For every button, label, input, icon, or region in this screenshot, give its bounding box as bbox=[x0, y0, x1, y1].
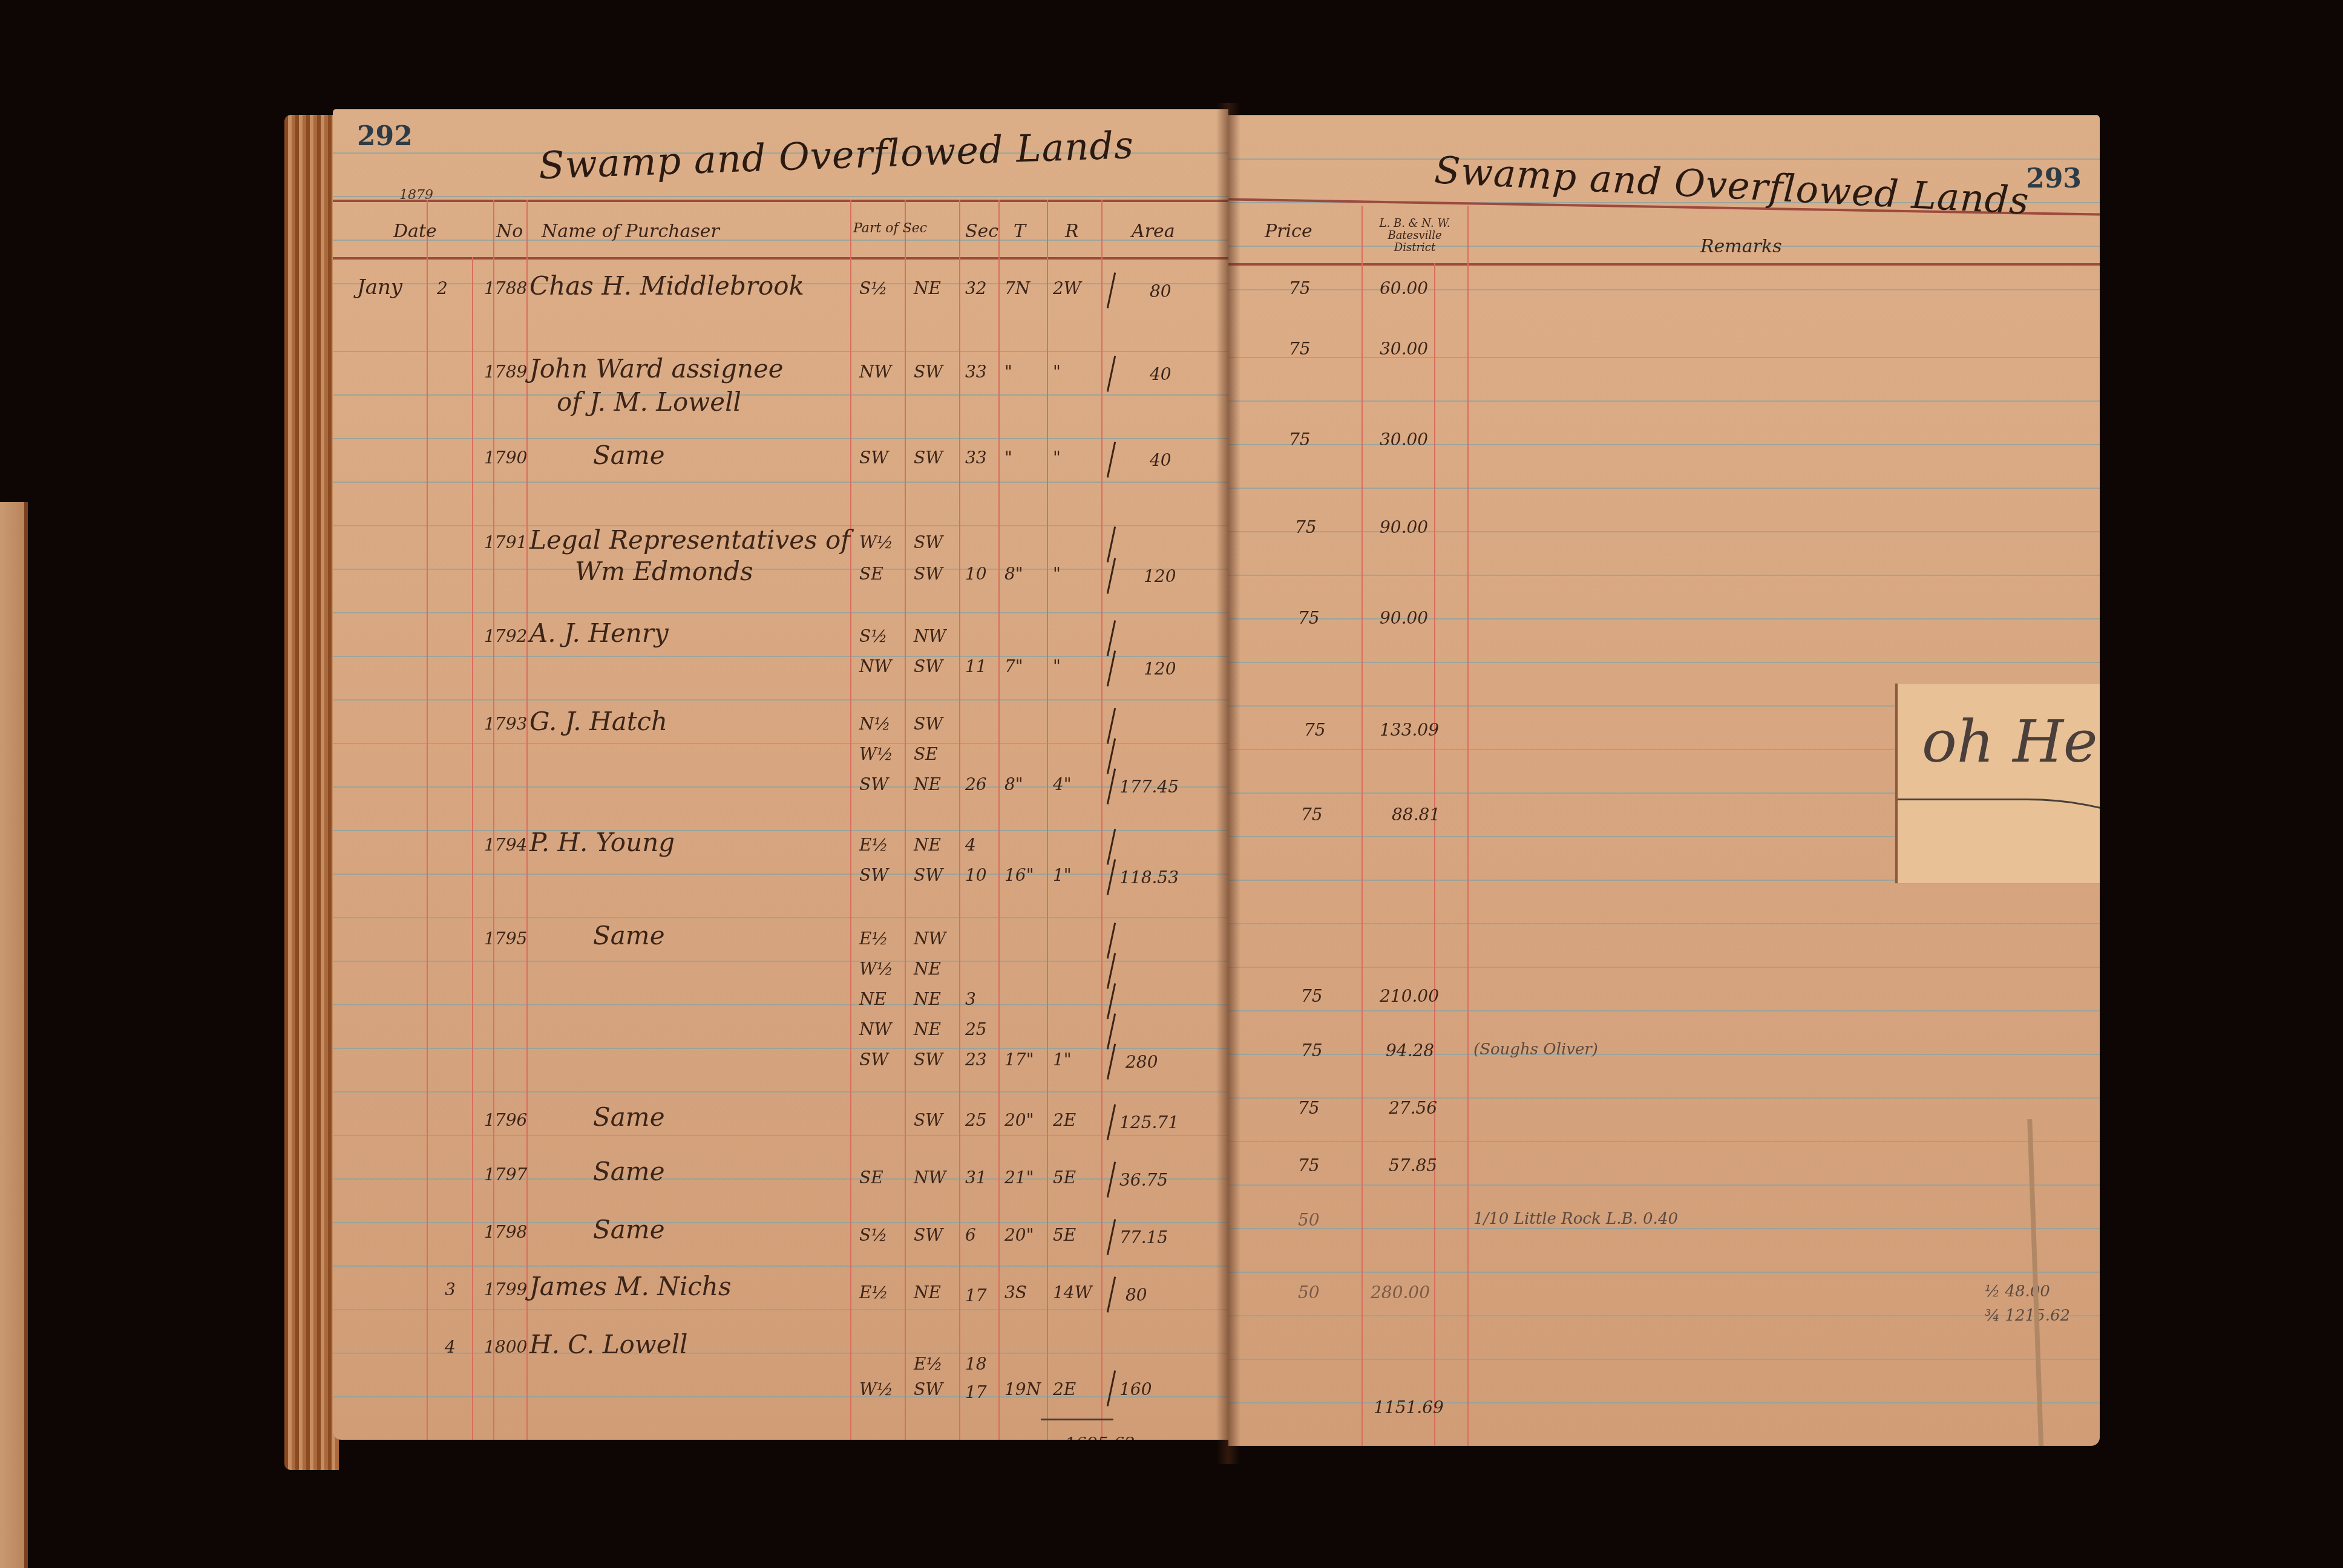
price: 75 bbox=[1298, 608, 1320, 628]
area: 125.71 bbox=[1119, 1112, 1179, 1132]
purchaser-name: Same bbox=[593, 1215, 665, 1244]
range: 5E bbox=[1053, 1225, 1076, 1245]
purchaser-name: G. J. Hatch bbox=[529, 707, 667, 736]
area: 80 bbox=[1150, 281, 1171, 301]
header-price: Price bbox=[1265, 221, 1312, 242]
price: 75 bbox=[1301, 1040, 1323, 1060]
part-of-section: W½ bbox=[859, 532, 893, 552]
entry-month: Jany bbox=[357, 275, 402, 299]
section: 33 bbox=[965, 448, 987, 468]
section: 31 bbox=[965, 1168, 987, 1187]
purchaser-name: Same bbox=[593, 1102, 665, 1132]
ruled-lines bbox=[333, 109, 1228, 1440]
area: 40 bbox=[1150, 364, 1171, 384]
entry-number: 1791 bbox=[484, 532, 527, 552]
col-divider bbox=[472, 257, 473, 1440]
col-divider bbox=[526, 200, 528, 1440]
col-divider bbox=[1467, 206, 1469, 1446]
remark: 1/10 Little Rock L.B. 0.40 bbox=[1473, 1210, 1678, 1228]
amount: 210.00 bbox=[1380, 986, 1439, 1006]
amount: 60.00 bbox=[1380, 278, 1428, 298]
part-of-section: NW bbox=[859, 656, 891, 676]
section: 11 bbox=[965, 656, 987, 676]
section: 25 bbox=[965, 1110, 987, 1130]
part-of-section: W½ bbox=[859, 959, 893, 979]
part-of-section: SW bbox=[859, 1050, 888, 1070]
note-underline-curve bbox=[1898, 799, 2100, 873]
purchaser-name: Chas H. Middlebrook bbox=[529, 271, 804, 301]
area: 280 bbox=[1126, 1052, 1158, 1072]
header-date: Date bbox=[393, 221, 437, 242]
area: 177.45 bbox=[1119, 777, 1179, 797]
quarter: NE bbox=[914, 774, 941, 794]
quarter: NE bbox=[914, 1019, 941, 1039]
part-of-section: SE bbox=[859, 1168, 883, 1187]
entry-day: 3 bbox=[445, 1279, 456, 1299]
quarter: SW bbox=[914, 362, 943, 382]
right-page: 293 Swamp and Overflowed Lands Price L. … bbox=[1228, 115, 2100, 1446]
range: " bbox=[1053, 564, 1061, 584]
part-of-section: E½ bbox=[859, 929, 888, 949]
section: 6 bbox=[965, 1225, 976, 1245]
section: 17 bbox=[965, 1382, 987, 1402]
quarter: SW bbox=[914, 564, 943, 584]
quarter: SW bbox=[914, 1225, 943, 1245]
entry-number: 1797 bbox=[484, 1165, 527, 1184]
part-of-section: SE bbox=[859, 564, 883, 584]
section: 23 bbox=[965, 1050, 987, 1070]
section: 3 bbox=[965, 989, 976, 1009]
part-of-section: E½ bbox=[859, 835, 888, 855]
col-divider bbox=[1047, 200, 1048, 1440]
part-of-section: S½ bbox=[859, 278, 887, 298]
part-of-section: NW bbox=[859, 362, 891, 382]
part-of-section: W½ bbox=[859, 1379, 893, 1399]
township: 7" bbox=[1004, 656, 1023, 676]
entry-number: 1798 bbox=[484, 1222, 527, 1242]
page-block-edges bbox=[284, 115, 339, 1470]
quarter: SW bbox=[914, 714, 943, 734]
purchaser-name: Same bbox=[593, 1157, 665, 1186]
amount: 27.56 bbox=[1389, 1098, 1437, 1118]
purchaser-name: P. H. Young bbox=[529, 828, 675, 857]
purchaser-name: Same bbox=[593, 921, 665, 950]
entry-number: 1790 bbox=[484, 448, 527, 468]
price: 75 bbox=[1289, 339, 1311, 359]
entry-day: 2 bbox=[437, 278, 448, 298]
quarter: NW bbox=[914, 929, 946, 949]
entry-number: 1794 bbox=[484, 835, 527, 855]
range: 14W bbox=[1053, 1282, 1092, 1302]
price: 75 bbox=[1289, 278, 1311, 298]
township: 17" bbox=[1004, 1050, 1034, 1070]
year-label: 1879 bbox=[399, 188, 433, 203]
section: 18 bbox=[965, 1354, 987, 1374]
purchaser-name-cont: of J. M. Lowell bbox=[557, 387, 741, 417]
pasted-note-card: oh Hell bbox=[1895, 684, 2100, 883]
range: 2W bbox=[1053, 278, 1081, 298]
area: 36.75 bbox=[1119, 1170, 1168, 1190]
entry-number: 1795 bbox=[484, 929, 527, 949]
purchaser-name: James M. Nichs bbox=[529, 1272, 731, 1301]
range: 2E bbox=[1053, 1110, 1076, 1130]
header-name: Name of Purchaser bbox=[542, 221, 719, 242]
header-district: L. B. & N. W. Batesville District bbox=[1366, 218, 1463, 254]
range: 2E bbox=[1053, 1379, 1076, 1399]
section: 4 bbox=[965, 835, 976, 855]
quarter: NE bbox=[914, 989, 941, 1009]
header-part-of-sec: Part of Sec bbox=[853, 221, 927, 236]
section: 33 bbox=[965, 362, 987, 382]
quarter: SW bbox=[914, 532, 943, 552]
entry-number: 1796 bbox=[484, 1110, 527, 1130]
township: 7N bbox=[1004, 278, 1030, 298]
price: 75 bbox=[1298, 1155, 1320, 1175]
open-ledger: 292 Swamp and Overflowed Lands 1879 Date… bbox=[284, 103, 2100, 1470]
purchaser-name: John Ward assignee bbox=[529, 354, 784, 384]
header-rule-bottom bbox=[333, 257, 1228, 260]
quarter: SW bbox=[914, 1110, 943, 1130]
section: 26 bbox=[965, 774, 987, 794]
header-rule-top bbox=[333, 200, 1228, 202]
col-divider bbox=[1362, 206, 1363, 1446]
price: 75 bbox=[1295, 517, 1317, 537]
adjacent-book-edge bbox=[0, 502, 28, 1568]
purchaser-name-cont: Wm Edmonds bbox=[575, 557, 753, 586]
entry-number: 1792 bbox=[484, 626, 527, 646]
section: 10 bbox=[965, 865, 987, 885]
entry-number: 1799 bbox=[484, 1279, 527, 1299]
quarter: SW bbox=[914, 448, 943, 468]
book-gutter bbox=[1216, 103, 1240, 1464]
range: 5E bbox=[1053, 1168, 1076, 1187]
township: 3S bbox=[1004, 1282, 1027, 1302]
section: 17 bbox=[965, 1285, 987, 1305]
price: 75 bbox=[1301, 986, 1323, 1006]
col-divider bbox=[427, 200, 428, 1440]
purchaser-name: H. C. Lowell bbox=[529, 1330, 688, 1359]
quarter: NE bbox=[914, 835, 941, 855]
part-of-section: N½ bbox=[859, 714, 891, 734]
township: 20" bbox=[1004, 1110, 1034, 1130]
amount: 94.28 bbox=[1386, 1040, 1434, 1060]
amount: 280.00 bbox=[1371, 1282, 1430, 1302]
amount: 90.00 bbox=[1380, 608, 1428, 628]
header-rule-bottom bbox=[1228, 263, 2100, 266]
part-of-section: NW bbox=[859, 1019, 891, 1039]
remark: (Soughs Oliver) bbox=[1473, 1040, 1598, 1059]
range: " bbox=[1053, 448, 1061, 468]
page-number: 293 bbox=[2026, 163, 2082, 194]
part-of-section: S½ bbox=[859, 626, 887, 646]
range: 1" bbox=[1053, 865, 1072, 885]
entry-number: 1789 bbox=[484, 362, 527, 382]
header-remarks: Remarks bbox=[1700, 236, 1782, 257]
part-of-section: SW bbox=[859, 448, 888, 468]
quarter: SW bbox=[914, 656, 943, 676]
amount: 57.85 bbox=[1389, 1155, 1437, 1175]
quarter: NE bbox=[914, 278, 941, 298]
area: 118.53 bbox=[1119, 867, 1179, 887]
price: 75 bbox=[1301, 805, 1323, 825]
header-sec: Sec bbox=[965, 221, 998, 242]
section: 25 bbox=[965, 1019, 987, 1039]
section: 10 bbox=[965, 564, 987, 584]
quarter: NE bbox=[914, 1282, 941, 1302]
area: 40 bbox=[1150, 450, 1171, 470]
price: 75 bbox=[1304, 720, 1326, 740]
township: 21" bbox=[1004, 1168, 1034, 1187]
margin-calculation: ½ 48.00 bbox=[1985, 1282, 2050, 1301]
quarter: SE bbox=[914, 744, 938, 764]
range: " bbox=[1053, 362, 1061, 382]
part-of-section: W½ bbox=[859, 744, 893, 764]
amount: 88.81 bbox=[1392, 805, 1440, 825]
quarter: NE bbox=[914, 959, 941, 979]
section: 32 bbox=[965, 278, 987, 298]
entry-number: 1793 bbox=[484, 714, 527, 734]
area: 160 bbox=[1119, 1379, 1152, 1399]
col-divider bbox=[905, 200, 906, 1440]
quarter: SW bbox=[914, 865, 943, 885]
page-number: 292 bbox=[357, 121, 413, 152]
part-of-section: S½ bbox=[859, 1225, 887, 1245]
township: 19N bbox=[1004, 1379, 1041, 1399]
entry-day: 4 bbox=[445, 1337, 456, 1357]
price: 75 bbox=[1289, 430, 1311, 449]
col-divider bbox=[1434, 263, 1435, 1446]
entry-number: 1788 bbox=[484, 278, 527, 298]
quarter: NW bbox=[914, 626, 946, 646]
township: 20" bbox=[1004, 1225, 1034, 1245]
area: 77.15 bbox=[1119, 1227, 1168, 1247]
col-divider bbox=[959, 200, 960, 1440]
amount: 90.00 bbox=[1380, 517, 1428, 537]
header-area: Area bbox=[1132, 221, 1175, 242]
township: " bbox=[1004, 448, 1012, 468]
area: 120 bbox=[1144, 659, 1176, 679]
purchaser-name: A. J. Henry bbox=[529, 618, 669, 648]
part-of-section: E½ bbox=[859, 1282, 888, 1302]
part-of-section: SW bbox=[859, 865, 888, 885]
col-divider bbox=[998, 200, 1000, 1440]
amount: 30.00 bbox=[1380, 339, 1428, 359]
purchaser-name: Legal Representatives of bbox=[529, 525, 850, 555]
amount: 133.09 bbox=[1380, 720, 1439, 740]
header-range: R bbox=[1065, 221, 1079, 242]
township: 8" bbox=[1004, 774, 1023, 794]
col-divider bbox=[493, 200, 494, 1440]
quarter: SW bbox=[914, 1379, 943, 1399]
col-divider bbox=[850, 200, 851, 1440]
township: " bbox=[1004, 362, 1012, 382]
amount-total: 1151.69 bbox=[1374, 1397, 1444, 1417]
header-township: T bbox=[1014, 221, 1026, 242]
township: 16" bbox=[1004, 865, 1034, 885]
range: 4" bbox=[1053, 774, 1072, 794]
margin-calculation: ¾ 1215.62 bbox=[1985, 1307, 2070, 1325]
total-rule bbox=[1041, 1419, 1113, 1420]
quarter: NW bbox=[914, 1168, 946, 1187]
amount: 30.00 bbox=[1380, 430, 1428, 449]
col-divider bbox=[1101, 200, 1103, 1440]
area: 120 bbox=[1144, 566, 1176, 586]
area-total: 1695.62 bbox=[1065, 1434, 1135, 1440]
area: 80 bbox=[1126, 1285, 1147, 1305]
part-of-section: NE bbox=[859, 989, 886, 1009]
price: 50 bbox=[1298, 1282, 1320, 1302]
part-of-section: SW bbox=[859, 774, 888, 794]
range: 1" bbox=[1053, 1050, 1072, 1070]
quarter: SW bbox=[914, 1050, 943, 1070]
quarter: E½ bbox=[914, 1354, 943, 1374]
note-text: oh Hell bbox=[1922, 708, 2100, 776]
entry-number: 1800 bbox=[484, 1337, 527, 1357]
range: " bbox=[1053, 656, 1061, 676]
left-page: 292 Swamp and Overflowed Lands 1879 Date… bbox=[333, 109, 1228, 1440]
header-no: No bbox=[496, 221, 523, 242]
purchaser-name: Same bbox=[593, 440, 665, 470]
price: 50 bbox=[1298, 1210, 1320, 1230]
price: 75 bbox=[1298, 1098, 1320, 1118]
township: 8" bbox=[1004, 564, 1023, 584]
